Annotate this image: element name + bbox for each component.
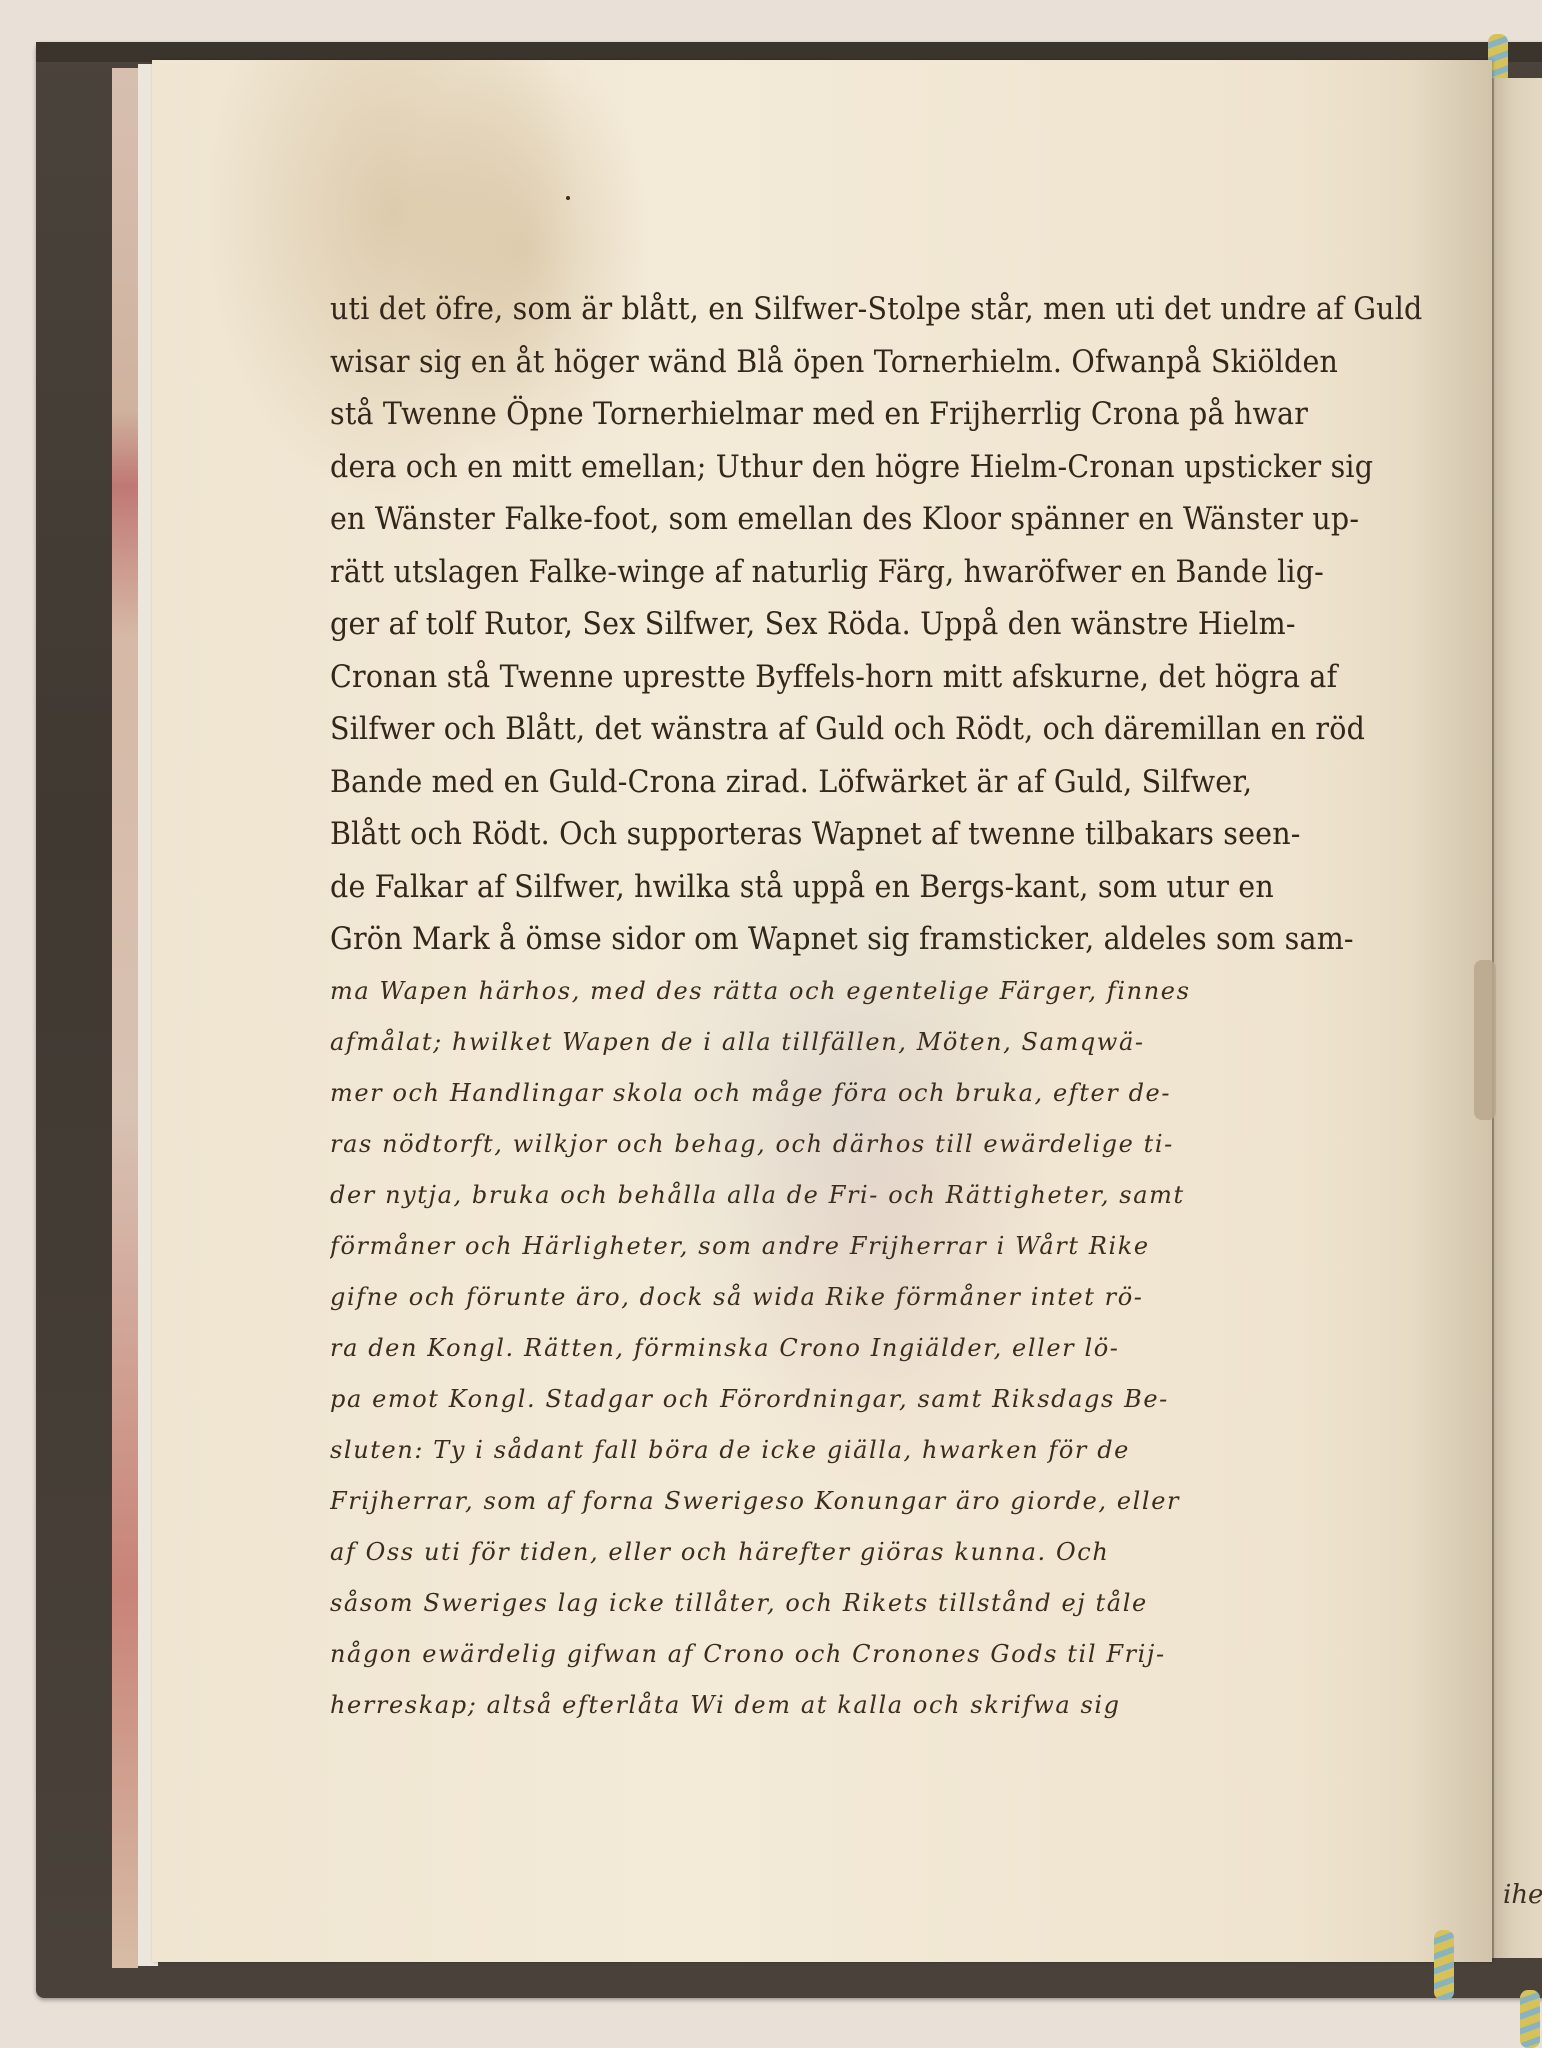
text-line: ras nödtorft, wilkjor och behag, och där… [330, 1119, 1460, 1170]
text-line: af Oss uti för tiden, eller och härefter… [330, 1527, 1460, 1578]
text-line: uti det öfre, som är blått, en Silfwer-S… [330, 283, 1460, 336]
text-line: Bande med en Guld-Crona zirad. Löfwärket… [330, 756, 1460, 809]
text-line: Grön Mark å ömse sidor om Wapnet sig fra… [330, 913, 1460, 966]
text-line: gifne och förunte äro, dock så wida Rike… [330, 1272, 1460, 1323]
silk-cord-bottom-end [1520, 1990, 1540, 2048]
text-line: såsom Sweriges lag icke tillåter, och Ri… [330, 1578, 1460, 1629]
manuscript-text: uti det öfre, som är blått, en Silfwer-S… [330, 283, 1460, 1731]
text-line: Frijherrar, som af forna Swerigeso Konun… [330, 1476, 1460, 1527]
text-line: någon ewärdelig gifwan af Crono och Cron… [330, 1629, 1460, 1680]
text-line: Blått och Rödt. Och supporteras Wapnet a… [330, 808, 1460, 861]
text-line: sluten: Ty i sådant fall böra de icke gi… [330, 1425, 1460, 1476]
text-line: mer och Handlingar skola och måge föra o… [330, 1068, 1460, 1119]
text-line: ra den Kongl. Rätten, förminska Crono In… [330, 1323, 1460, 1374]
text-line: Silfwer och Blått, det wänstra af Guld o… [330, 703, 1460, 756]
marbled-endleaf [112, 68, 138, 1968]
folded-tab [1474, 960, 1496, 1120]
text-line: förmåner och Härligheter, som andre Frij… [330, 1221, 1460, 1272]
silk-cord-bottom [1434, 1930, 1454, 2000]
ink-dot [566, 196, 570, 200]
binding-top-edge [36, 42, 1542, 62]
catchword: iherre= [1503, 1880, 1542, 1910]
text-line: ma Wapen härhos, med des rätta och egent… [330, 966, 1460, 1017]
next-page-edge [1492, 78, 1542, 1958]
text-line: pa emot Kongl. Stadgar och Förordningar,… [330, 1374, 1460, 1425]
text-line: stå Twenne Öpne Tornerhielmar med en Fri… [330, 388, 1460, 441]
text-line: wisar sig en åt höger wänd Blå öpen Torn… [330, 336, 1460, 389]
text-line: en Wänster Falke-foot, som emellan des K… [330, 493, 1460, 546]
text-line: der nytja, bruka och behålla alla de Fri… [330, 1170, 1460, 1221]
text-line: rätt utslagen Falke-winge af naturlig Fä… [330, 546, 1460, 599]
text-line: Cronan stå Twenne uprestte Byffels-horn … [330, 651, 1460, 704]
text-line: ger af tolf Rutor, Sex Silfwer, Sex Röda… [330, 598, 1460, 651]
text-line: dera och en mitt emellan; Uthur den högr… [330, 441, 1460, 494]
text-line: de Falkar af Silfwer, hwilka stå uppå en… [330, 861, 1460, 914]
text-line: herreskap; altså efterlåta Wi dem at kal… [330, 1680, 1460, 1731]
text-line: afmålat; hwilket Wapen de i alla tillfäl… [330, 1017, 1460, 1068]
